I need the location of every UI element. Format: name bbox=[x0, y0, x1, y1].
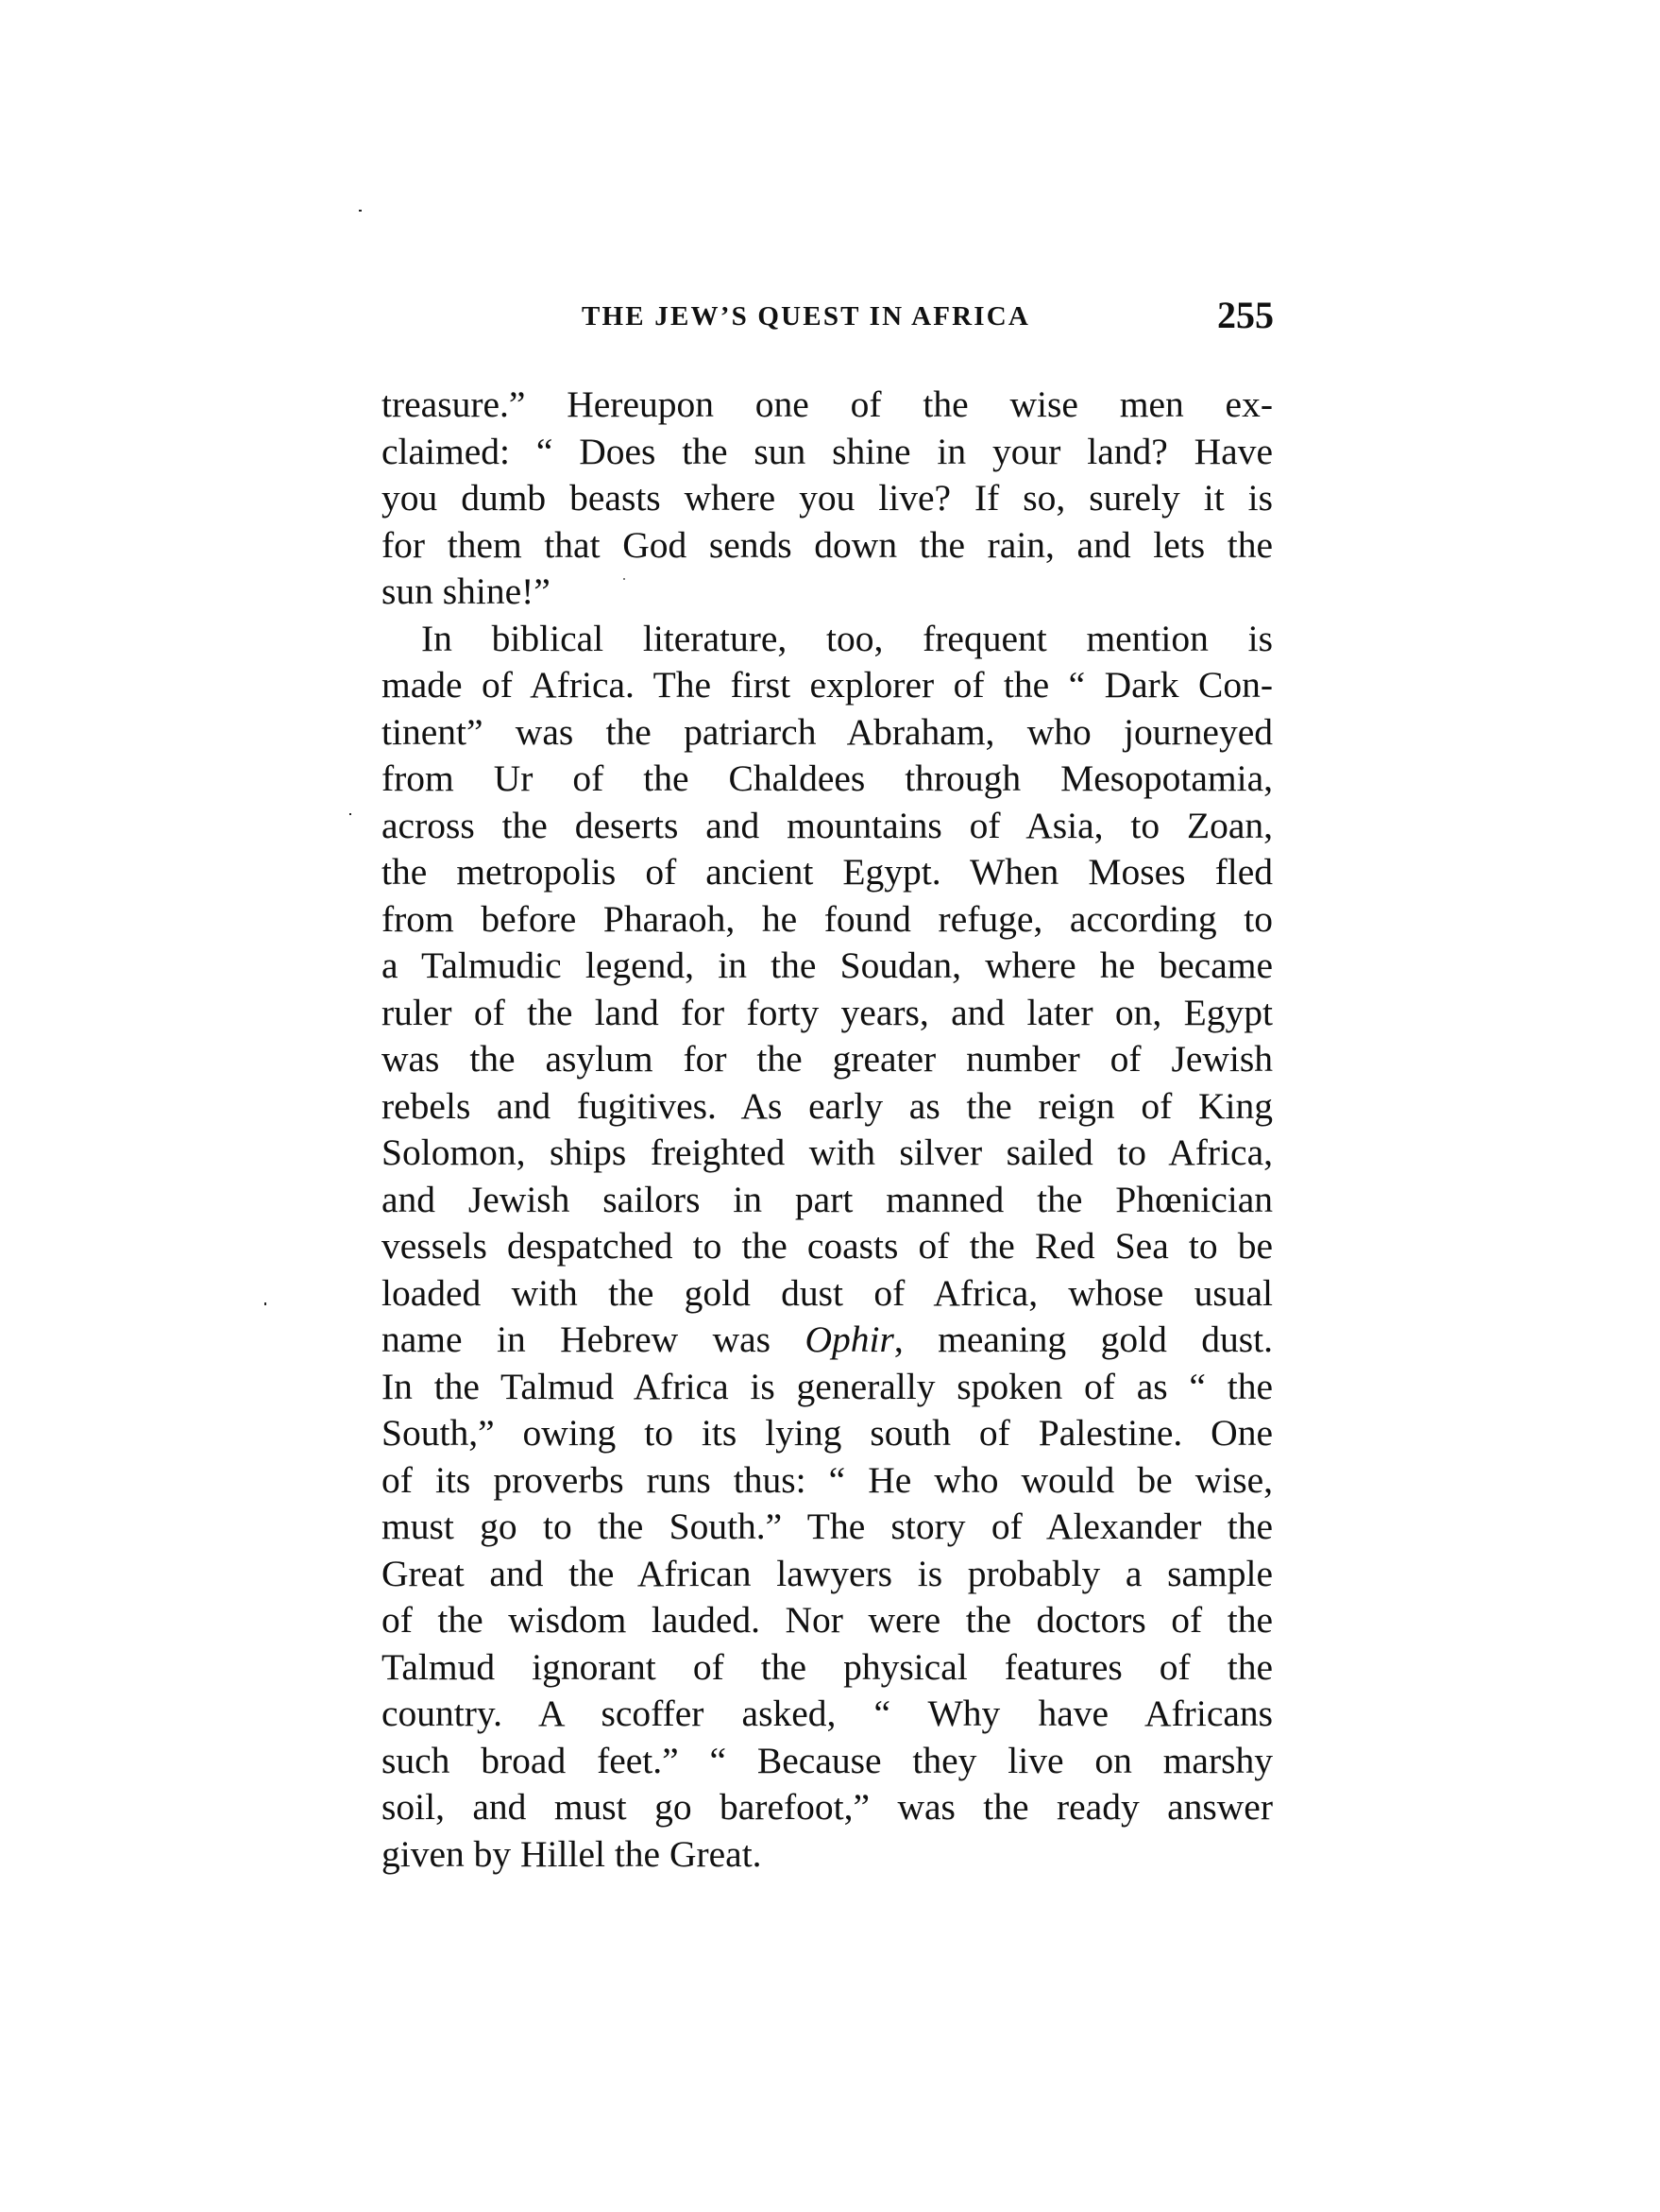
text-line: such broad feet.” “ Because they live on… bbox=[381, 1738, 1273, 1785]
text-run: , meaning gold dust. bbox=[894, 1319, 1273, 1360]
text-line: Talmud ignorant of the physical features… bbox=[381, 1644, 1273, 1692]
text-line: of its proverbs runs thus: “ He who woul… bbox=[381, 1457, 1273, 1505]
text-line: claimed: “ Does the sun shine in your la… bbox=[381, 429, 1273, 476]
text-line: of the wisdom lauded. Nor were the docto… bbox=[381, 1597, 1273, 1644]
page-number: 255 bbox=[1211, 297, 1274, 334]
scan-speck bbox=[264, 1302, 266, 1305]
text-line: across the deserts and mountains of Asia… bbox=[381, 803, 1273, 850]
text-line: the metropolis of ancient Egypt. When Mo… bbox=[381, 849, 1273, 896]
text-line: was the asylum for the greater number of… bbox=[381, 1036, 1273, 1083]
text-line: tinent” was the patriarch Abraham, who j… bbox=[381, 709, 1273, 757]
text-line: sun shine!” bbox=[381, 569, 1273, 616]
text-run: name in Hebrew was bbox=[381, 1319, 805, 1360]
book-page: THE JEW’S QUEST IN AFRICA 255 treasure.”… bbox=[0, 0, 1660, 2212]
text-line: and Jewish sailors in part manned the Ph… bbox=[381, 1177, 1273, 1224]
text-line: Great and the African lawyers is probabl… bbox=[381, 1551, 1273, 1598]
text-line: Solomon, ships freighted with silver sai… bbox=[381, 1130, 1273, 1177]
text-line: ruler of the land for forty years, and l… bbox=[381, 990, 1273, 1037]
text-line: South,” owing to its lying south of Pale… bbox=[381, 1410, 1273, 1457]
scan-speck bbox=[359, 210, 362, 212]
text-line: made of Africa. The first explorer of th… bbox=[381, 662, 1273, 709]
running-head: THE JEW’S QUEST IN AFRICA bbox=[582, 301, 1082, 332]
text-line: vessels despatched to the coasts of the … bbox=[381, 1223, 1273, 1270]
italic-term-ophir: Ophir bbox=[805, 1319, 893, 1360]
scan-speck bbox=[349, 813, 351, 815]
text-line: country. A scoffer asked, “ Why have Afr… bbox=[381, 1691, 1273, 1738]
text-line: must go to the South.” The story of Alex… bbox=[381, 1504, 1273, 1551]
text-line: given by Hillel the Great. bbox=[381, 1831, 1273, 1879]
text-line: from before Pharaoh, he found refuge, ac… bbox=[381, 896, 1273, 944]
text-line: for them that God sends down the rain, a… bbox=[381, 522, 1273, 570]
text-line: a Talmudic legend, in the Soudan, where … bbox=[381, 943, 1273, 990]
body-text: treasure.” Hereupon one of the wise men … bbox=[381, 382, 1273, 1878]
text-line: In biblical literature, too, frequent me… bbox=[381, 616, 1273, 663]
text-line: from Ur of the Chaldees through Mesopota… bbox=[381, 756, 1273, 803]
text-line: you dumb beasts where you live? If so, s… bbox=[381, 475, 1273, 522]
text-line: loaded with the gold dust of Africa, who… bbox=[381, 1270, 1273, 1318]
text-line: In the Talmud Africa is generally spoken… bbox=[381, 1364, 1273, 1411]
text-line-with-italic: name in Hebrew was Ophir, meaning gold d… bbox=[381, 1317, 1273, 1364]
text-line: treasure.” Hereupon one of the wise men … bbox=[381, 382, 1273, 429]
text-line: soil, and must go barefoot,” was the rea… bbox=[381, 1784, 1273, 1831]
text-line: rebels and fugitives. As early as the re… bbox=[381, 1083, 1273, 1131]
